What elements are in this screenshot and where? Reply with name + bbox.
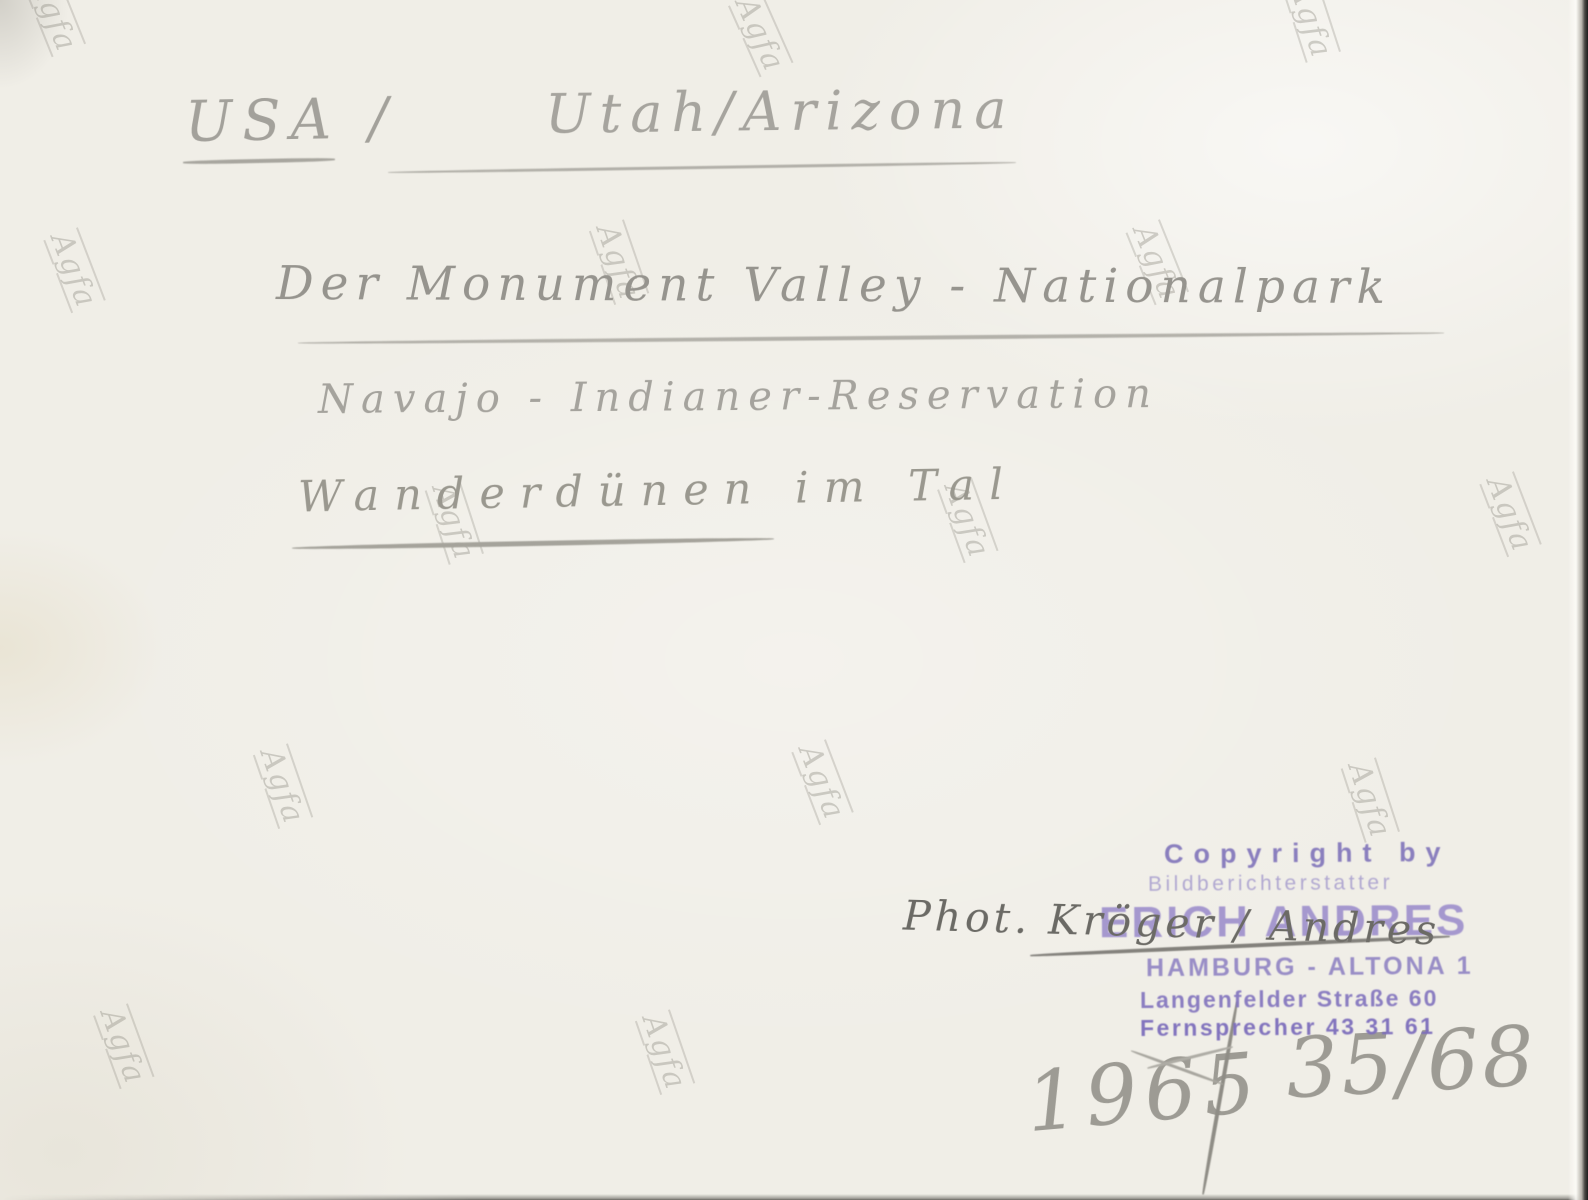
region-label: Utah/Arizona bbox=[545, 78, 1016, 146]
agfa-watermark: Agfa bbox=[791, 740, 852, 825]
underline-country bbox=[183, 157, 335, 164]
stamp-city-line: HAMBURG - ALTONA 1 bbox=[1146, 952, 1474, 983]
subtitle-line: Navajo - Indianer-Reservation bbox=[318, 371, 1159, 423]
photo-right-edge bbox=[1568, 0, 1588, 1200]
caption-line: Wanderdünen im Tal bbox=[298, 460, 1019, 523]
stamp-phone-line: Fernsprecher 43 31 61 bbox=[1140, 1013, 1436, 1042]
stamp-street-line: Langenfelder Straße 60 bbox=[1140, 985, 1439, 1014]
stamp-role-line: Bildberichterstatter bbox=[1148, 871, 1393, 897]
year-note: 1965 bbox=[1022, 1036, 1266, 1151]
agfa-watermark: Agfa bbox=[43, 228, 104, 313]
underline-caption bbox=[292, 536, 774, 550]
corner-shadow bbox=[0, 0, 70, 90]
agfa-watermark: Agfa bbox=[728, 0, 792, 77]
agfa-watermark: Agfa bbox=[1479, 472, 1540, 557]
agfa-watermark: Agfa bbox=[635, 1010, 693, 1095]
country-label: USA / bbox=[184, 86, 398, 155]
stamp-copyright-line: Copyright by bbox=[1164, 837, 1451, 870]
agfa-watermark: Agfa bbox=[1341, 758, 1398, 843]
agfa-watermark: Agfa bbox=[1282, 0, 1339, 63]
underline-region bbox=[388, 161, 1016, 174]
agfa-watermark: Agfa bbox=[253, 744, 311, 829]
agfa-watermark: Agfa bbox=[93, 1004, 153, 1089]
title-line: Der Monument Valley - Nationalpark bbox=[276, 256, 1392, 315]
underline-title bbox=[298, 331, 1444, 345]
photo-verso: AgfaAgfaAgfaAgfaAgfaAgfaAgfaAgfaAgfaAgfa… bbox=[0, 0, 1588, 1200]
photo-bottom-edge bbox=[0, 1194, 1588, 1200]
